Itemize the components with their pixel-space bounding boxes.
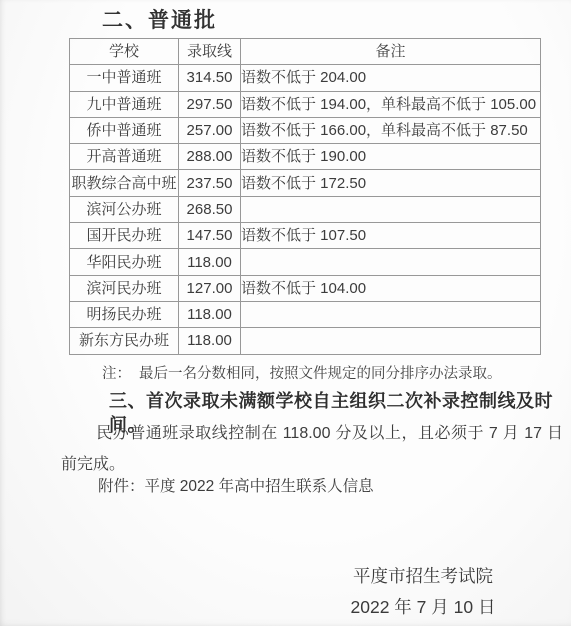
header-school: 学校	[70, 39, 179, 65]
remark	[241, 301, 541, 327]
document-photo: 二、普通批 学校 录取线 备注 一中普通班 314.50 语数不低于 204.0…	[0, 0, 571, 626]
table-row: 华阳民办班 118.00	[70, 249, 541, 275]
score-line: 118.00	[179, 301, 241, 327]
table-header-row: 学校 录取线 备注	[70, 39, 541, 65]
table-row: 职教综合高中班 237.50 语数不低于 172.50	[70, 170, 541, 196]
score-line: 237.50	[179, 170, 241, 196]
school-name: 侨中普通班	[70, 117, 179, 143]
score-line: 288.00	[179, 144, 241, 170]
table-row: 明扬民办班 118.00	[70, 301, 541, 327]
school-name: 明扬民办班	[70, 301, 179, 327]
score-line: 127.00	[179, 275, 241, 301]
school-name: 国开民办班	[70, 223, 179, 249]
table-row: 九中普通班 297.50 语数不低于 194.00，单科最高不低于 105.00	[70, 91, 541, 117]
score-line: 118.00	[179, 328, 241, 354]
signature-block: 平度市招生考试院 2022 年 7 月 10 日	[338, 561, 508, 623]
score-line: 147.50	[179, 223, 241, 249]
attachment-note: 附件：平度 2022 年高中招生联系人信息	[98, 476, 374, 498]
table-row: 滨河公办班 268.50	[70, 196, 541, 222]
remark	[241, 328, 541, 354]
issue-date: 2022 年 7 月 10 日	[338, 592, 508, 623]
section-3-paragraph: 民办普通班录取线控制在 118.00 分及以上，且必须于 7 月 17 日前完成…	[61, 418, 563, 480]
admission-score-table: 学校 录取线 备注 一中普通班 314.50 语数不低于 204.00 九中普通…	[69, 38, 541, 355]
school-name: 华阳民办班	[70, 249, 179, 275]
school-name: 开高普通班	[70, 144, 179, 170]
header-score-line: 录取线	[179, 39, 241, 65]
table-row: 国开民办班 147.50 语数不低于 107.50	[70, 223, 541, 249]
school-name: 一中普通班	[70, 65, 179, 91]
issuer-name: 平度市招生考试院	[338, 561, 508, 592]
remark: 语数不低于 172.50	[241, 170, 541, 196]
table-row: 侨中普通班 257.00 语数不低于 166.00，单科最高不低于 87.50	[70, 117, 541, 143]
school-name: 九中普通班	[70, 91, 179, 117]
remark	[241, 249, 541, 275]
school-name: 职教综合高中班	[70, 170, 179, 196]
score-line: 118.00	[179, 249, 241, 275]
school-name: 滨河民办班	[70, 275, 179, 301]
remark: 语数不低于 194.00，单科最高不低于 105.00	[241, 91, 541, 117]
table-row: 新东方民办班 118.00	[70, 328, 541, 354]
school-name: 滨河公办班	[70, 196, 179, 222]
table-row: 一中普通班 314.50 语数不低于 204.00	[70, 65, 541, 91]
header-remark: 备注	[241, 39, 541, 65]
table-row: 滨河民办班 127.00 语数不低于 104.00	[70, 275, 541, 301]
remark	[241, 196, 541, 222]
remark: 语数不低于 204.00	[241, 65, 541, 91]
remark: 语数不低于 166.00，单科最高不低于 87.50	[241, 117, 541, 143]
tie-break-note: 注： 最后一名分数相同，按照文件规定的同分排序办法录取。	[102, 363, 502, 385]
remark: 语数不低于 104.00	[241, 275, 541, 301]
score-line: 257.00	[179, 117, 241, 143]
score-line: 314.50	[179, 65, 241, 91]
school-name: 新东方民办班	[70, 328, 179, 354]
section-2-heading: 二、普通批	[102, 8, 217, 34]
remark: 语数不低于 107.50	[241, 223, 541, 249]
score-line: 268.50	[179, 196, 241, 222]
score-line: 297.50	[179, 91, 241, 117]
table-row: 开高普通班 288.00 语数不低于 190.00	[70, 144, 541, 170]
remark: 语数不低于 190.00	[241, 144, 541, 170]
